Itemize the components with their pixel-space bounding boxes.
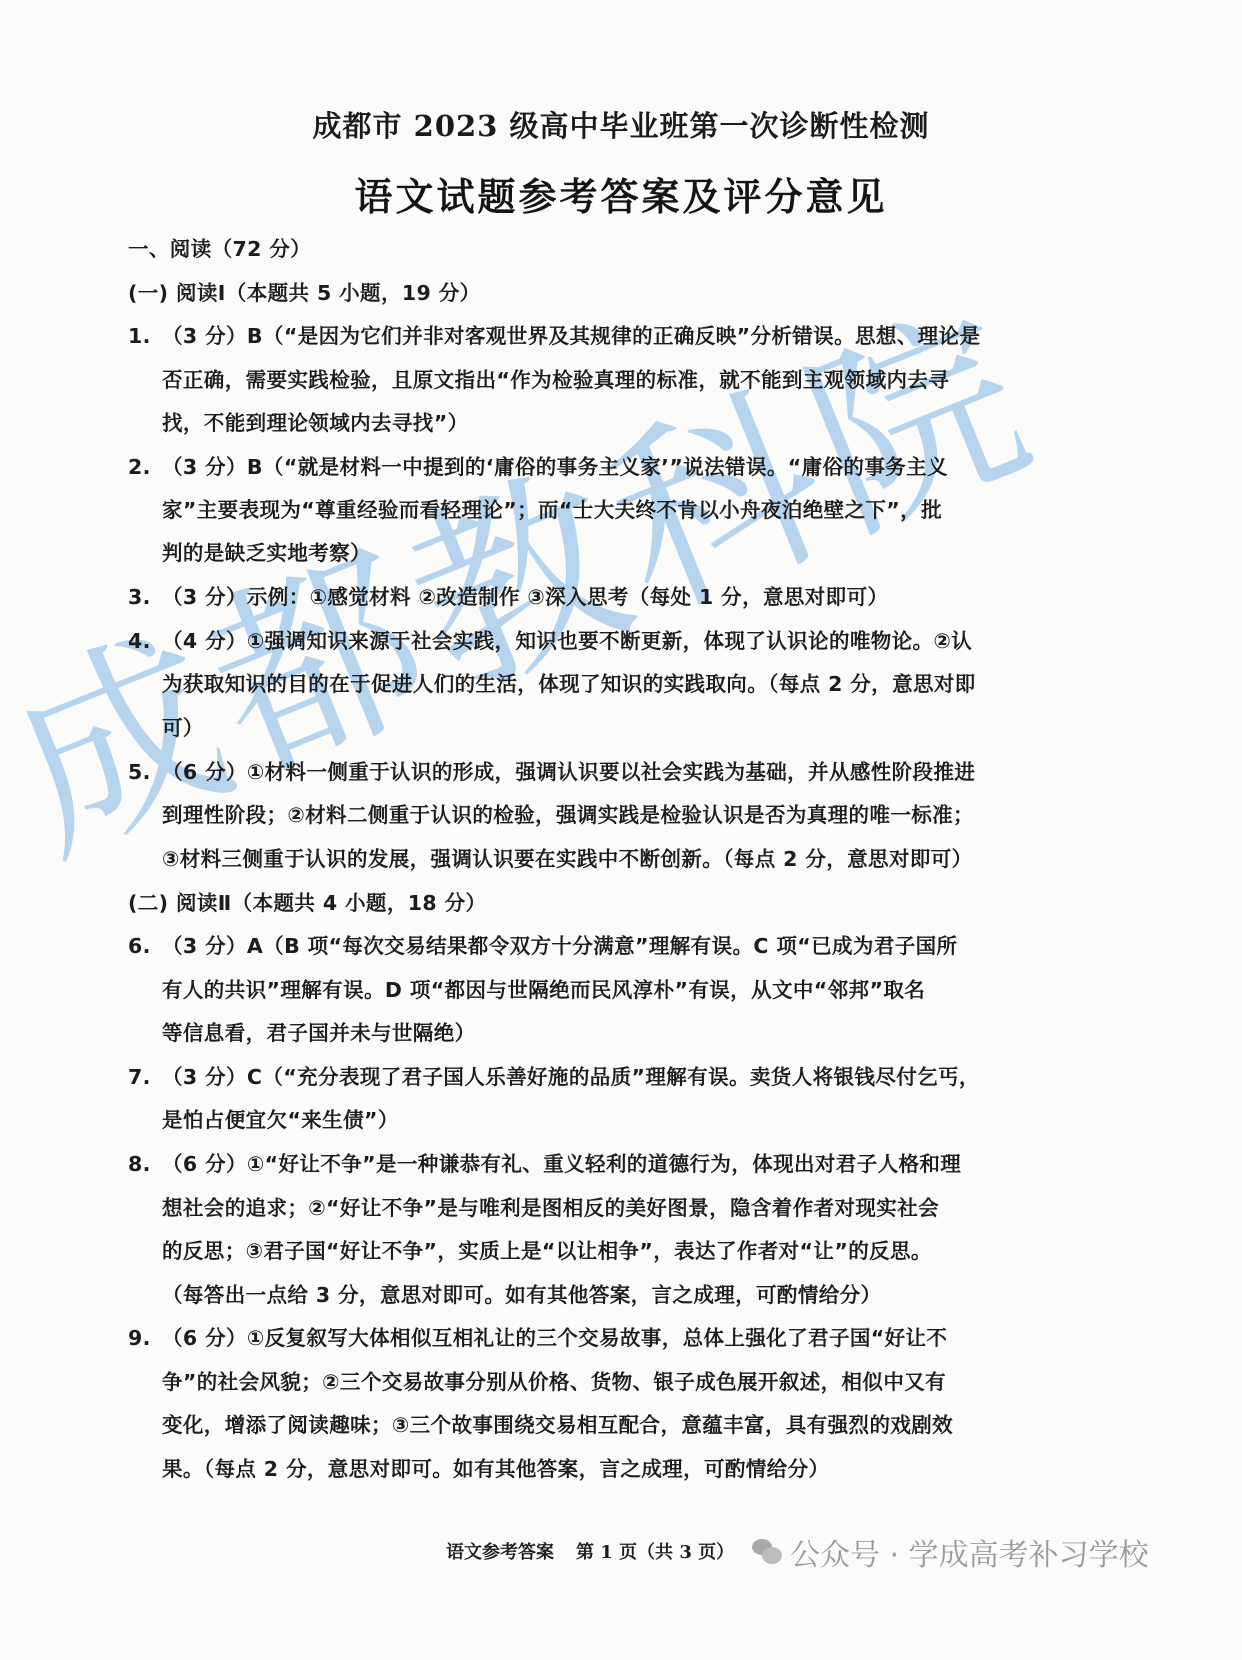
page-number: 第 1 页（共 3 页） (576, 1542, 734, 1563)
answer-number: 2. (128, 454, 162, 480)
answer-number: 7. (128, 1064, 162, 1090)
answer-key-page: 成都教科院 成都市 2023 级高中毕业班第一次诊断性检测 语文试题参考答案及评… (0, 0, 1242, 1660)
answer-5-line-2: 到理性阶段；②材料二侧重于认识的检验，强调实践是检验认识是否为真理的唯一标准； (162, 802, 974, 828)
answer-1-line-1: 1.（3 分）B（“是因为它们并非对客观世界及其规律的正确反映”分析错误。思想、… (128, 323, 980, 349)
answer-4-line-2: 为获取知识的目的在于促进人们的生活，体现了知识的实践取向。（每点 2 分，意思对… (162, 671, 976, 697)
answer-number: 1. (128, 323, 162, 349)
wechat-account-label: 公众号 · 学成高考补习学校 (790, 1530, 1149, 1574)
answer-4-line-3: 可） (162, 715, 204, 741)
wechat-account-watermark: 公众号 · 学成高考补习学校 (752, 1530, 1149, 1574)
answer-number: 9. (128, 1325, 162, 1351)
answer-number: 8. (128, 1151, 162, 1177)
answer-9-line-3: 变化，增添了阅读趣味；③三个故事围绕交易相互配合，意蕴丰富，具有强烈的戏剧效 (162, 1412, 953, 1438)
answer-number: 6. (128, 933, 162, 959)
answer-6-line-3: 等信息看，君子国并未与世隔绝） (162, 1020, 476, 1046)
answer-5-line-1: 5.（6 分）①材料一侧重于认识的形成，强调认识要以社会实践为基础，并从感性阶段… (128, 759, 975, 785)
answer-number: 5. (128, 759, 162, 785)
answer-1-line-3: 找，不能到理论领域内去寻找”） (162, 410, 468, 436)
answer-7-line-2: 是怕占便宜欠“来生债”） (162, 1107, 399, 1133)
answer-2-line-3: 判的是缺乏实地考察） (162, 540, 371, 566)
answer-8-line-1: 8.（6 分）①“好让不争”是一种谦恭有礼、重义轻利的道德行为，体现出对君子人格… (128, 1151, 961, 1177)
footer-label: 语文参考答案 (446, 1542, 554, 1563)
answer-2-line-2: 家”主要表现为“尊重经验而看轻理论”；而“士大夫终不肯以小舟夜泊绝壁之下”，批 (162, 497, 942, 523)
document-title: 成都市 2023 级高中毕业班第一次诊断性检测 (0, 104, 1242, 145)
answer-5-line-3: ③材料三侧重于认识的发展，强调认识要在实践中不断创新。（每点 2 分，意思对即可… (162, 846, 973, 872)
wechat-icon (752, 1539, 782, 1565)
answer-number: 4. (128, 628, 162, 654)
answer-7-line-1: 7.（3 分）C（“充分表现了君子国人乐善好施的品质”理解有误。卖货人将银钱尽付… (128, 1064, 980, 1090)
subsection-heading: (二) 阅读Ⅱ（本题共 4 小题，18 分） (128, 890, 486, 916)
answer-3-line-1: 3.（3 分）示例：①感觉材料 ②改造制作 ③深入思考（每处 1 分，意思对即可… (128, 584, 888, 610)
answer-8-line-2: 想社会的追求；②“好让不争”是与唯利是图相反的美好图景，隐含着作者对现实社会 (162, 1195, 939, 1221)
subsection-heading: (一) 阅读Ⅰ（本题共 5 小题，19 分） (128, 280, 481, 306)
answer-6-line-1: 6.（3 分）A（B 项“每次交易结果都令双方十分满意”理解有误。C 项“已成为… (128, 933, 957, 959)
answer-9-line-4: 果。（每点 2 分，意思对即可。如有其他答案，言之成理，可酌情给分） (162, 1456, 829, 1482)
answer-number: 3. (128, 584, 162, 610)
answer-8-line-3: 的反思；③君子国“好让不争”，实质上是“以让相争”，表达了作者对“让”的反思。 (162, 1238, 932, 1264)
answer-9-line-2: 争”的社会风貌；②三个交易故事分别从价格、货物、银子成色展开叙述，相似中又有 (162, 1369, 946, 1395)
answer-6-line-2: 有人的共识”理解有误。D 项“都因与世隔绝而民风淳朴”有误，从文中“邻邦”取名 (162, 977, 925, 1003)
answer-8-line-4: （每答出一点给 3 分，意思对即可。如有其他答案，言之成理，可酌情给分） (162, 1282, 881, 1308)
answer-1-line-2: 否正确，需要实践检验，且原文指出“作为检验真理的标准，就不能到主观领域内去寻 (162, 367, 949, 393)
section-heading: 一、阅读（72 分） (128, 236, 311, 262)
answer-4-line-1: 4.（4 分）①强调知识来源于社会实践，知识也要不断更新，体现了认识论的唯物论。… (128, 628, 972, 654)
document-subtitle: 语文试题参考答案及评分意见 (0, 166, 1242, 221)
page-footer: 语文参考答案第 1 页（共 3 页） (446, 1538, 734, 1564)
answer-2-line-1: 2.（3 分）B（“就是材料一中提到的‘庸俗的事务主义家’”说法错误。“庸俗的事… (128, 454, 948, 480)
answer-9-line-1: 9.（6 分）①反复叙写大体相似互相礼让的三个交易故事，总体上强化了君子国“好让… (128, 1325, 947, 1351)
